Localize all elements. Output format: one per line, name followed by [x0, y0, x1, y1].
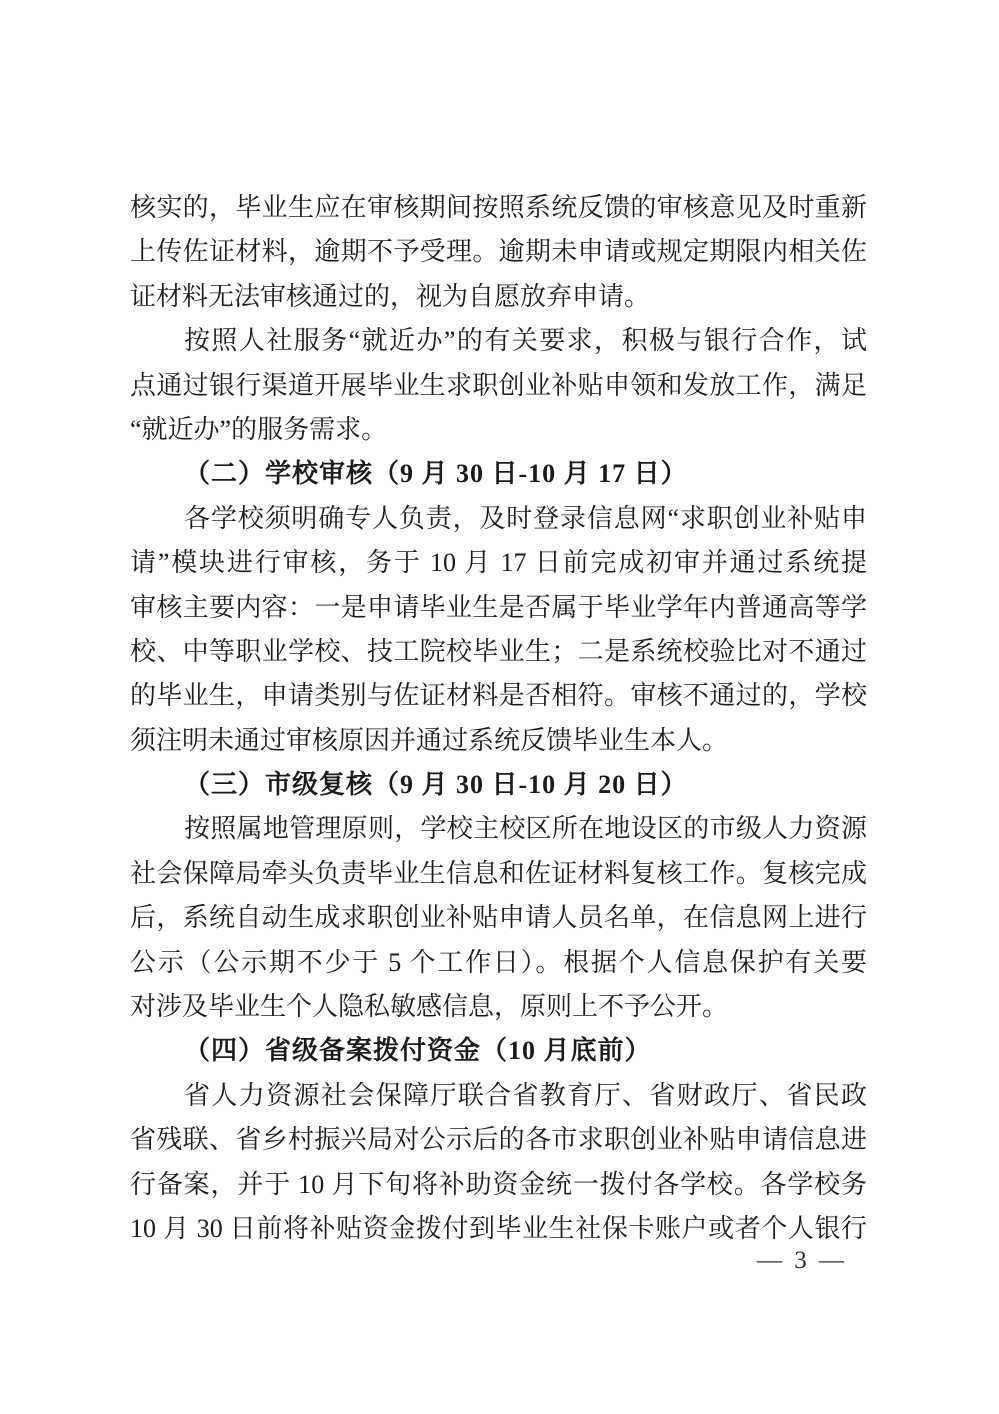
text-line: 省残联、省乡村振兴局对公示后的各市求职创业补贴申请信息进 — [130, 1118, 867, 1162]
text-line: （三）市级复核（9 月 30 日-10 月 20 日） — [130, 763, 867, 807]
text-line: “就近办”的服务需求。 — [130, 408, 867, 452]
text-line: 按照人社服务“就近办”的有关要求，积极与银行合作，试 — [130, 319, 867, 363]
text-line: 10 月 30 日前将补贴资金拨付到毕业生社保卡账户或者个人银行 — [130, 1207, 867, 1251]
text-line: 的毕业生，申请类别与佐证材料是否相符。审核不通过的，学校 — [130, 674, 867, 718]
text-line: 公示（公示期不少于 5 个工作日）。根据个人信息保护有关要求， — [130, 941, 867, 985]
text-line: 核实的，毕业生应在审核期间按照系统反馈的审核意见及时重新 — [130, 186, 867, 230]
text-line: 按照属地管理原则，学校主校区所在地设区的市级人力资源 — [130, 807, 867, 851]
text-line: 省人力资源社会保障厅联合省教育厅、省财政厅、省民政厅、 — [130, 1074, 867, 1118]
document-body: 核实的，毕业生应在审核期间按照系统反馈的审核意见及时重新上传佐证材料，逾期不予受… — [130, 186, 867, 1251]
document-page: 核实的，毕业生应在审核期间按照系统反馈的审核意见及时重新上传佐证材料，逾期不予受… — [0, 0, 999, 1414]
text-line: 审核主要内容：一是申请毕业生是否属于毕业学年内普通高等学 — [130, 586, 867, 630]
page-number: — 3 — — [757, 1247, 847, 1275]
text-line: 对涉及毕业生个人隐私敏感信息，原则上不予公开。 — [130, 985, 867, 1029]
text-line: （二）学校审核（9 月 30 日-10 月 17 日） — [130, 452, 867, 496]
text-line: 上传佐证材料，逾期不予受理。逾期未申请或规定期限内相关佐 — [130, 230, 867, 274]
text-line: 点通过银行渠道开展毕业生求职创业补贴申领和发放工作，满足 — [130, 364, 867, 408]
text-line: （四）省级备案拨付资金（10 月底前） — [130, 1029, 867, 1073]
text-line: 社会保障局牵头负责毕业生信息和佐证材料复核工作。复核完成 — [130, 852, 867, 896]
text-line: 请”模块进行审核，务于 10 月 17 日前完成初审并通过系统提交。 — [130, 541, 867, 585]
text-line: 须注明未通过审核原因并通过系统反馈毕业生本人。 — [130, 719, 867, 763]
text-line: 各学校须明确专人负责，及时登录信息网“求职创业补贴申 — [130, 497, 867, 541]
text-line: 行备案，并于 10 月下旬将补助资金统一拨付各学校。各学校务于 — [130, 1163, 867, 1207]
text-line: 后，系统自动生成求职创业补贴申请人员名单，在信息网上进行 — [130, 896, 867, 940]
text-line: 证材料无法审核通过的，视为自愿放弃申请。 — [130, 275, 867, 319]
text-line: 校、中等职业学校、技工院校毕业生；二是系统校验比对不通过 — [130, 630, 867, 674]
